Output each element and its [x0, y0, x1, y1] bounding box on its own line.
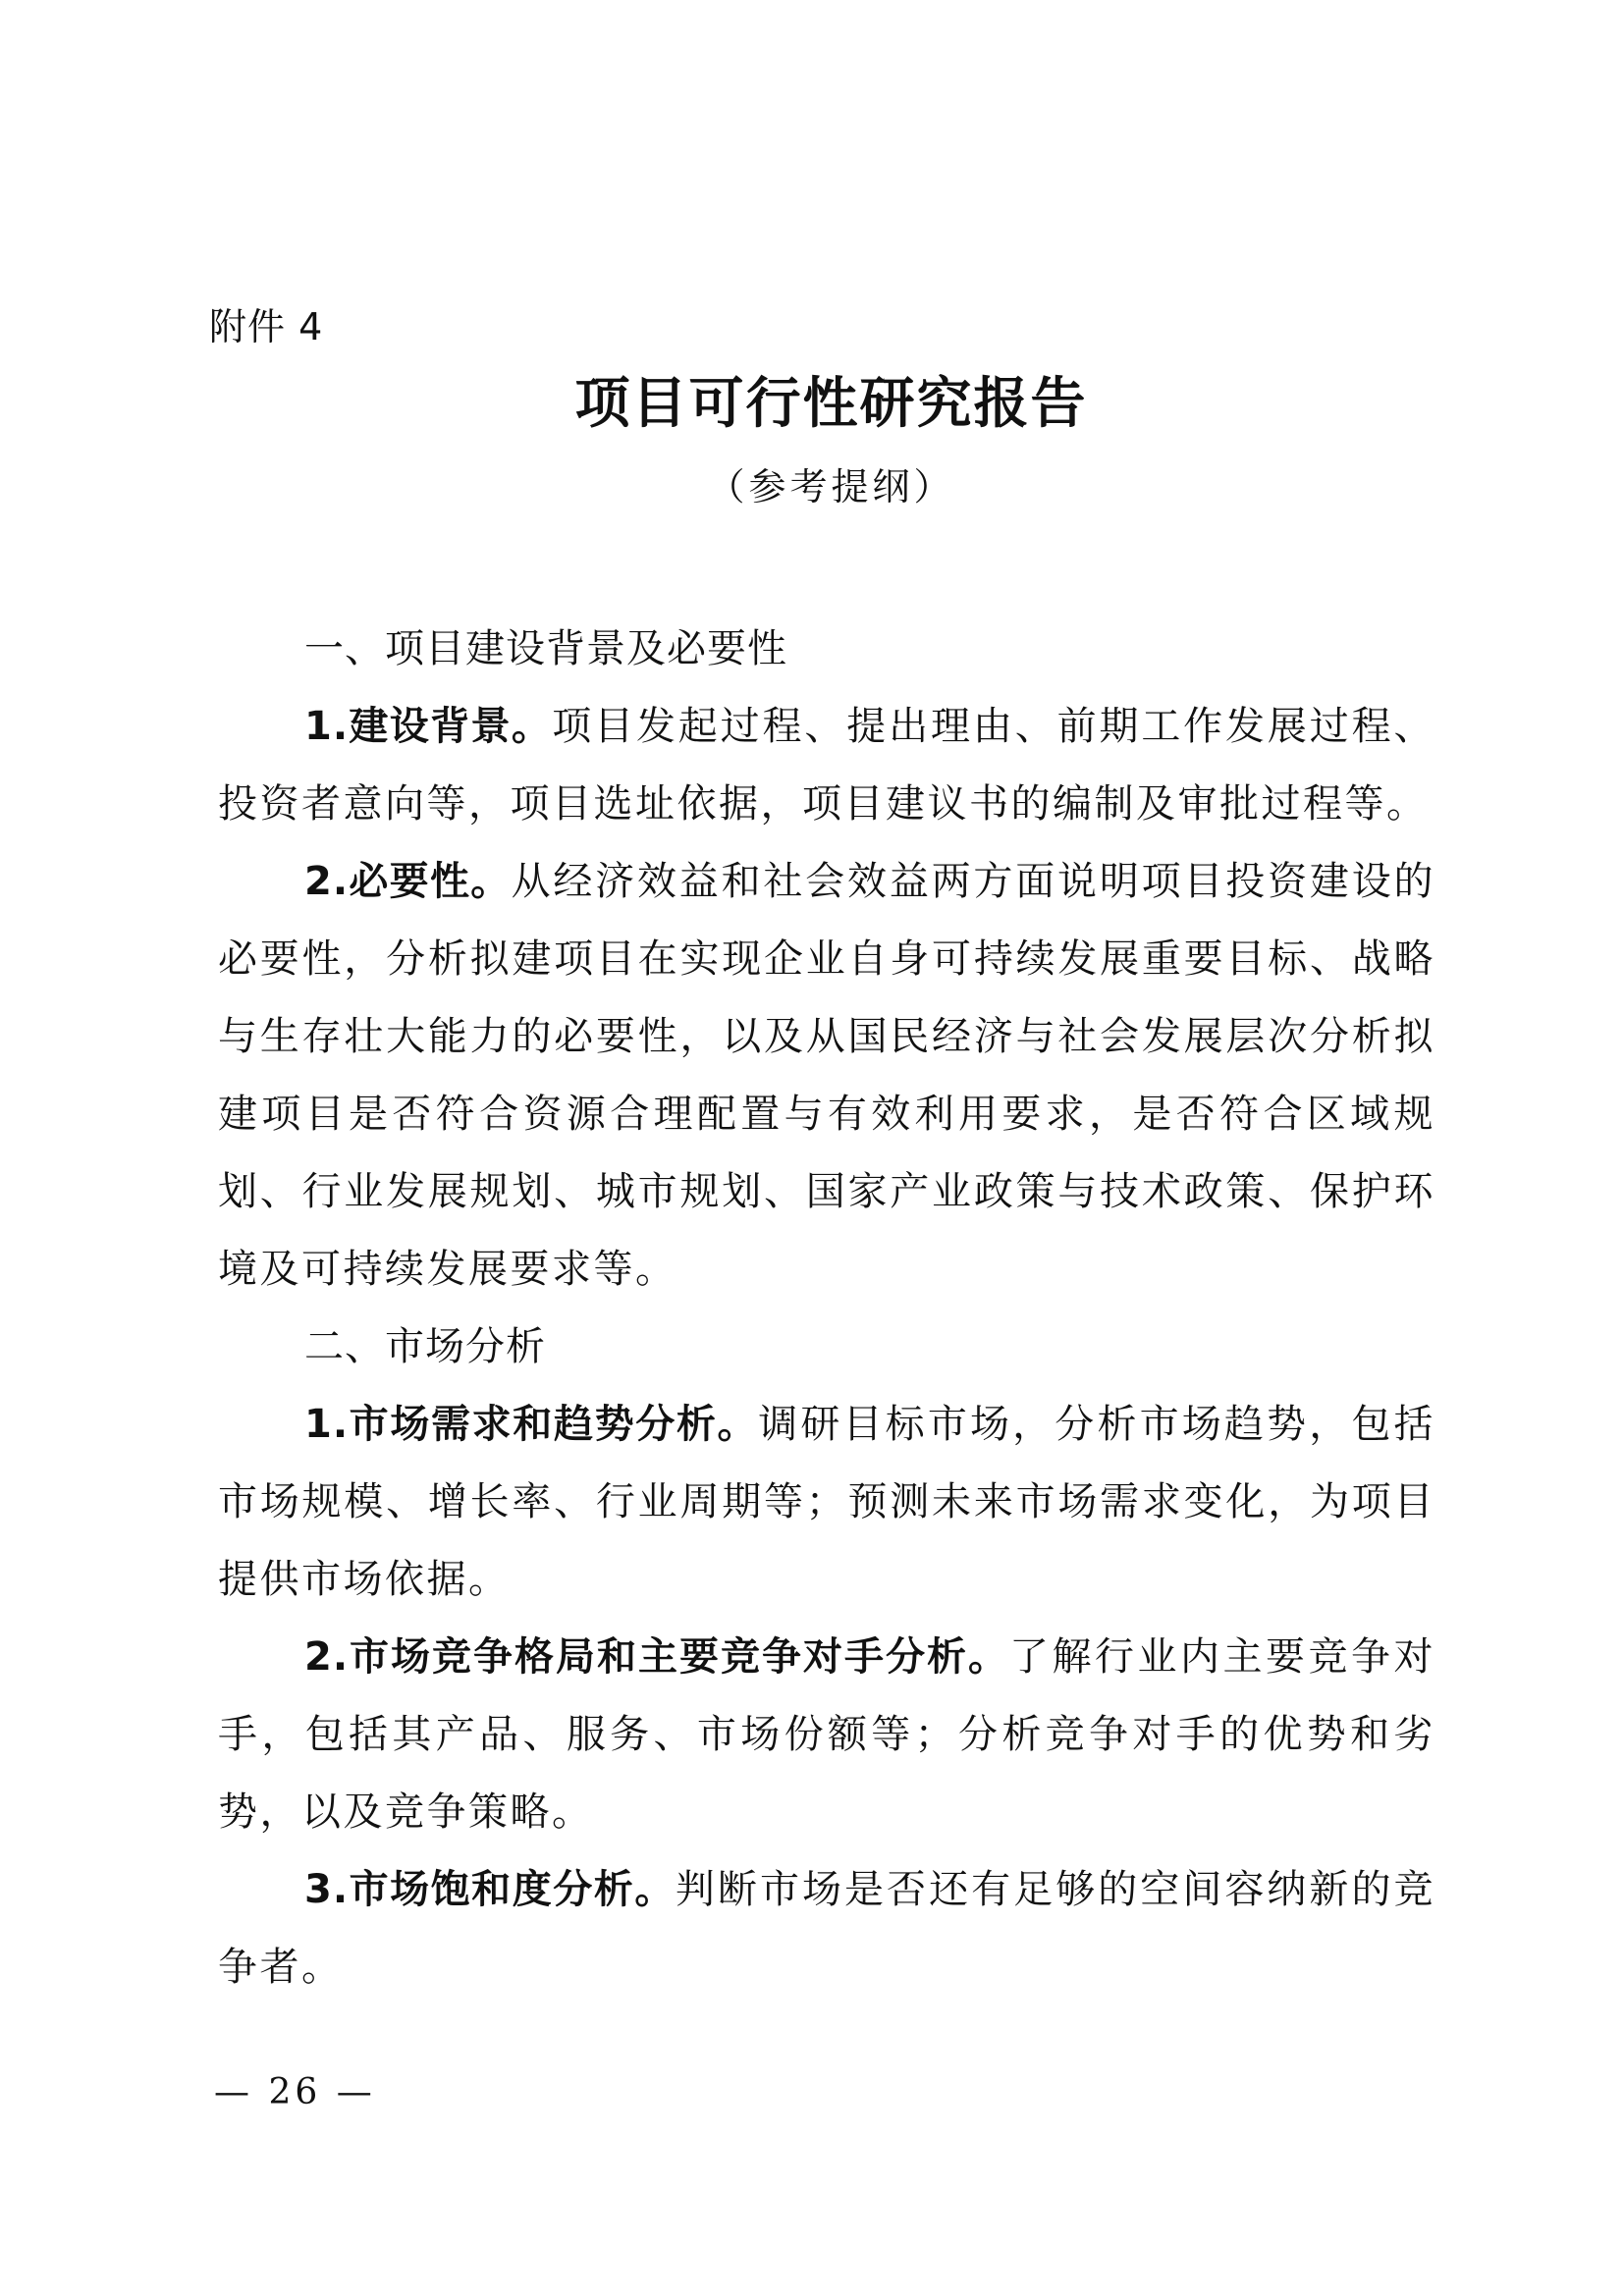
- page-number: — 26 —: [214, 2069, 376, 2116]
- paragraph-market-demand: 1.市场需求和趋势分析。调研目标市场，分析市场趋势，包括市场规模、增长率、行业周…: [218, 1386, 1435, 1619]
- section-heading-market-analysis: 二、市场分析: [218, 1308, 1435, 1386]
- paragraph-construction-background: 1.建设背景。项目发起过程、提出理由、前期工作发展过程、投资者意向等，项目选址依…: [218, 688, 1435, 843]
- document-subtitle: （参考提纲）: [0, 461, 1623, 512]
- section-heading-background: 一、项目建设背景及必要性: [218, 611, 1435, 688]
- paragraph-market-saturation: 3.市场饱和度分析。判断市场是否还有足够的空间容纳新的竞争者。: [218, 1851, 1435, 2006]
- paragraph-text: 从经济效益和社会效益两方面说明项目投资建设的必要性，分析拟建项目在实现企业自身可…: [218, 859, 1435, 1292]
- document-body: 一、项目建设背景及必要性 1.建设背景。项目发起过程、提出理由、前期工作发展过程…: [218, 611, 1435, 2006]
- paragraph-lead: 1.市场需求和趋势分析。: [304, 1402, 758, 1447]
- paragraph-lead: 1.建设背景。: [304, 704, 552, 749]
- attachment-label: 附件 4: [209, 302, 323, 351]
- paragraph-competition: 2.市场竞争格局和主要竞争对手分析。了解行业内主要竞争对手，包括其产品、服务、市…: [218, 1619, 1435, 1851]
- paragraph-necessity: 2.必要性。从经济效益和社会效益两方面说明项目投资建设的必要性，分析拟建项目在实…: [218, 843, 1435, 1308]
- paragraph-lead: 3.市场饱和度分析。: [304, 1867, 676, 1912]
- document-page: 附件 4 项目可行性研究报告 （参考提纲） 一、项目建设背景及必要性 1.建设背…: [0, 0, 1623, 2296]
- document-title: 项目可行性研究报告: [0, 365, 1623, 444]
- paragraph-lead: 2.市场竞争格局和主要竞争对手分析。: [304, 1634, 1009, 1680]
- paragraph-lead: 2.必要性。: [304, 859, 512, 904]
